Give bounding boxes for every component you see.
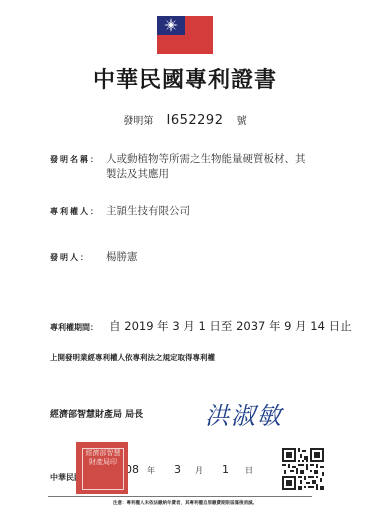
term-value: 自 2019 年 3 月 1 日至 2037 年 9 月 14 日止 — [109, 319, 351, 333]
field-inventor: 發明人：楊勝憲 — [50, 250, 311, 265]
number-prefix: 發明第 — [123, 116, 153, 127]
number-suffix: 號 — [237, 116, 247, 127]
footer-divider — [48, 496, 312, 497]
field-label: 專利權人： — [50, 204, 106, 219]
roc-flag — [157, 16, 213, 54]
patent-term: 專利權期間： 自 2019 年 3 月 1 日至 2037 年 9 月 14 日… — [50, 315, 352, 334]
patent-number: I652292 — [167, 113, 224, 128]
field-invention-title: 發明名稱：人或動植物等所需之生物能量硬質板材、其製法及其應用 — [50, 152, 311, 182]
date-day: 1 — [222, 463, 229, 476]
date-month-unit: 月 — [195, 465, 203, 476]
official-seal: 經濟部智慧財產局印 — [76, 442, 128, 494]
field-label: 發明人： — [50, 250, 106, 265]
flag-canton — [157, 16, 185, 35]
director-title: 經濟部智慧財產局 局長 — [50, 407, 143, 420]
white-sun-icon — [164, 18, 178, 32]
field-value: 主頴生技有限公司 — [106, 204, 311, 219]
qr-code — [282, 448, 324, 490]
date-year-unit: 年 — [147, 465, 155, 476]
field-patentee: 專利權人：主頴生技有限公司 — [50, 204, 311, 219]
field-label: 發明名稱： — [50, 152, 106, 167]
field-value: 楊勝憲 — [106, 250, 311, 265]
field-value: 人或動植物等所需之生物能量硬質板材、其製法及其應用 — [106, 152, 311, 182]
term-label: 專利權期間： — [50, 323, 98, 332]
certificate-title: 中華民國專利證書 — [0, 63, 370, 94]
footer-note: 注意：專利權人未依法繳納年費者，其專利權自原繳費期限屆滿後消滅。 — [0, 500, 370, 506]
patent-number-line: 發明第 I652292 號 — [0, 112, 370, 128]
director-signature: 洪淑敏 — [205, 396, 283, 431]
grant-statement: 上開發明業經專利權人依專利法之規定取得專利權 — [50, 352, 215, 363]
date-day-unit: 日 — [245, 465, 253, 476]
date-month: 3 — [174, 463, 181, 476]
seal-text: 經濟部智慧財產局印 — [82, 448, 124, 490]
